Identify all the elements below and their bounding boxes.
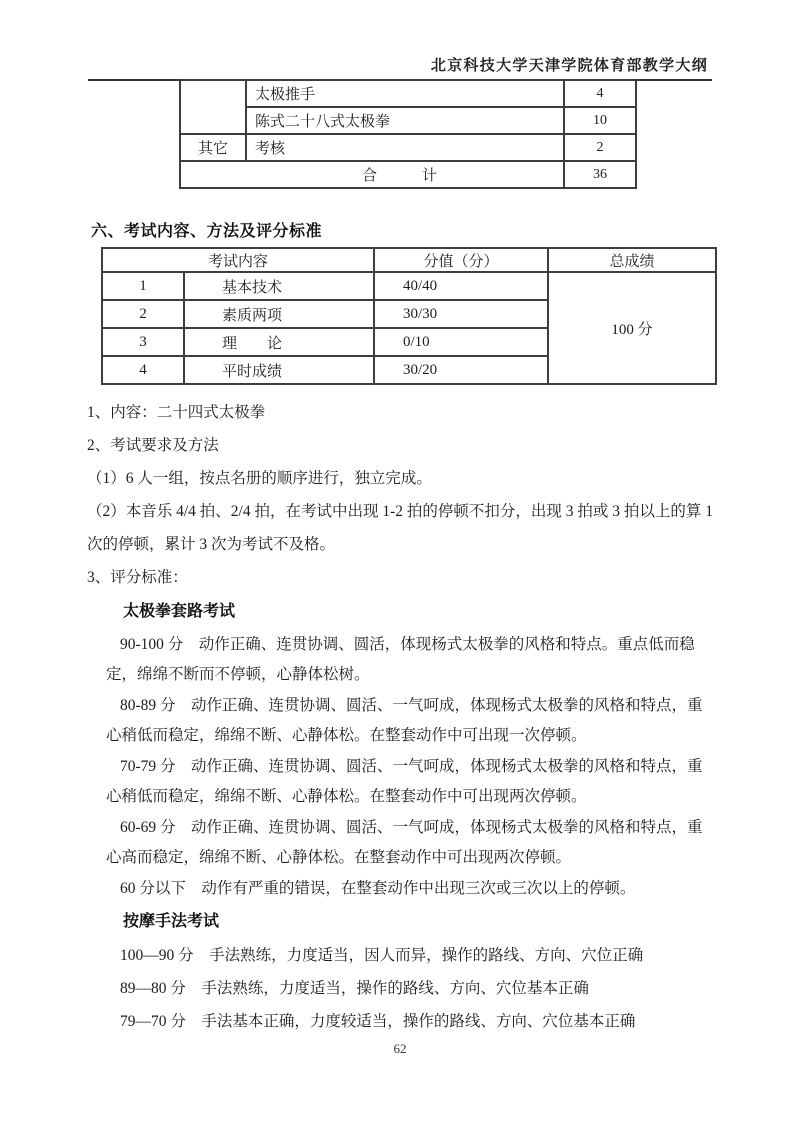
document-page: 北京科技大学天津学院体育部教学大纲 太极推手 4 陈式二十八式太极拳 10 其它…	[0, 0, 800, 1131]
cell-name: 平时成绩	[184, 356, 374, 384]
list-item-criteria: 3、评分标准：	[87, 561, 715, 594]
table-row-total: 合 计 36	[180, 161, 636, 188]
cell-total-hours: 36	[564, 161, 636, 188]
cell-total-value: 100 分	[548, 272, 716, 384]
cell-content: 陈式二十八式太极拳	[246, 107, 564, 134]
cell-name: 基本技术	[184, 272, 374, 300]
cell-score: 40/40	[374, 272, 548, 300]
cell-no: 2	[102, 300, 184, 328]
grade-paragraph: 89—80 分 手法熟练，力度适当，操作的路线、方向、穴位基本正确	[106, 973, 715, 1005]
cell-category	[180, 80, 246, 134]
grade-paragraph: 80-89 分 动作正确、连贯协调、圆活、一气呵成，体现杨式太极拳的风格和特点，…	[106, 691, 715, 751]
cell-score: 30/30	[374, 300, 548, 328]
table-row: 陈式二十八式太极拳 10	[180, 107, 636, 134]
table-row: 其它 考核 2	[180, 134, 636, 161]
taiji-exam-heading: 太极拳套路考试	[123, 596, 715, 628]
hours-table: 太极推手 4 陈式二十八式太极拳 10 其它 考核 2 合 计 36	[179, 79, 637, 189]
massage-exam-heading: 按摩手法考试	[123, 906, 715, 938]
cell-total-label: 合 计	[180, 161, 564, 188]
cell-no: 4	[102, 356, 184, 384]
grade-paragraph: 60-69 分 动作正确、连贯协调、圆活、一气呵成，体现杨式太极拳的风格和特点，…	[106, 813, 715, 873]
header-cell-content: 考试内容	[102, 248, 374, 272]
header-cell-score: 分值（分）	[374, 248, 548, 272]
table-row: 1 基本技术 40/40 100 分	[102, 272, 716, 300]
cell-category: 其它	[180, 134, 246, 161]
body-text: 1、内容：二十四式太极拳 2、考试要求及方法 （1）6 人一组，按点名册的顺序进…	[87, 396, 715, 1039]
cell-content: 太极推手	[246, 80, 564, 107]
list-item-content: 1、内容：二十四式太极拳	[87, 396, 715, 429]
cell-hours: 4	[564, 80, 636, 107]
page-number: 62	[0, 1041, 800, 1057]
grade-paragraph: 70-79 分 动作正确、连贯协调、圆活、一气呵成，体现杨式太极拳的风格和特点，…	[106, 752, 715, 812]
grade-paragraph: 90-100 分 动作正确、连贯协调、圆活，体现杨式太极拳的风格和特点。重点低而…	[106, 630, 715, 690]
exam-table: 考试内容 分值（分） 总成绩 1 基本技术 40/40 100 分 2 素质两项…	[101, 247, 717, 385]
page-header-title: 北京科技大学天津学院体育部教学大纲	[431, 54, 708, 75]
header-cell-total: 总成绩	[548, 248, 716, 272]
grade-paragraph: 79—70 分 手法基本正确，力度较适当，操作的路线、方向、穴位基本正确	[106, 1006, 715, 1038]
grade-paragraph: 60 分以下 动作有严重的错误，在整套动作中出现三次或三次以上的停顿。	[106, 874, 715, 904]
cell-no: 3	[102, 328, 184, 356]
cell-hours: 2	[564, 134, 636, 161]
table-header-row: 考试内容 分值（分） 总成绩	[102, 248, 716, 272]
grade-paragraph: 100—90 分 手法熟练，力度适当，因人而异，操作的路线、方向、穴位正确	[106, 940, 715, 972]
cell-name: 理 论	[184, 328, 374, 356]
cell-hours: 10	[564, 107, 636, 134]
cell-score: 30/20	[374, 356, 548, 384]
table-row: 太极推手 4	[180, 80, 636, 107]
section-heading: 六、考试内容、方法及评分标准	[91, 218, 322, 241]
sub-item-2: （2）本音乐 4/4 拍、2/4 拍，在考试中出现 1-2 拍的停顿不扣分，出现…	[87, 495, 715, 561]
sub-item-1: （1）6 人一组，按点名册的顺序进行，独立完成。	[87, 462, 715, 495]
cell-content: 考核	[246, 134, 564, 161]
list-item-requirements: 2、考试要求及方法	[87, 429, 715, 462]
cell-name: 素质两项	[184, 300, 374, 328]
cell-no: 1	[102, 272, 184, 300]
cell-score: 0/10	[374, 328, 548, 356]
